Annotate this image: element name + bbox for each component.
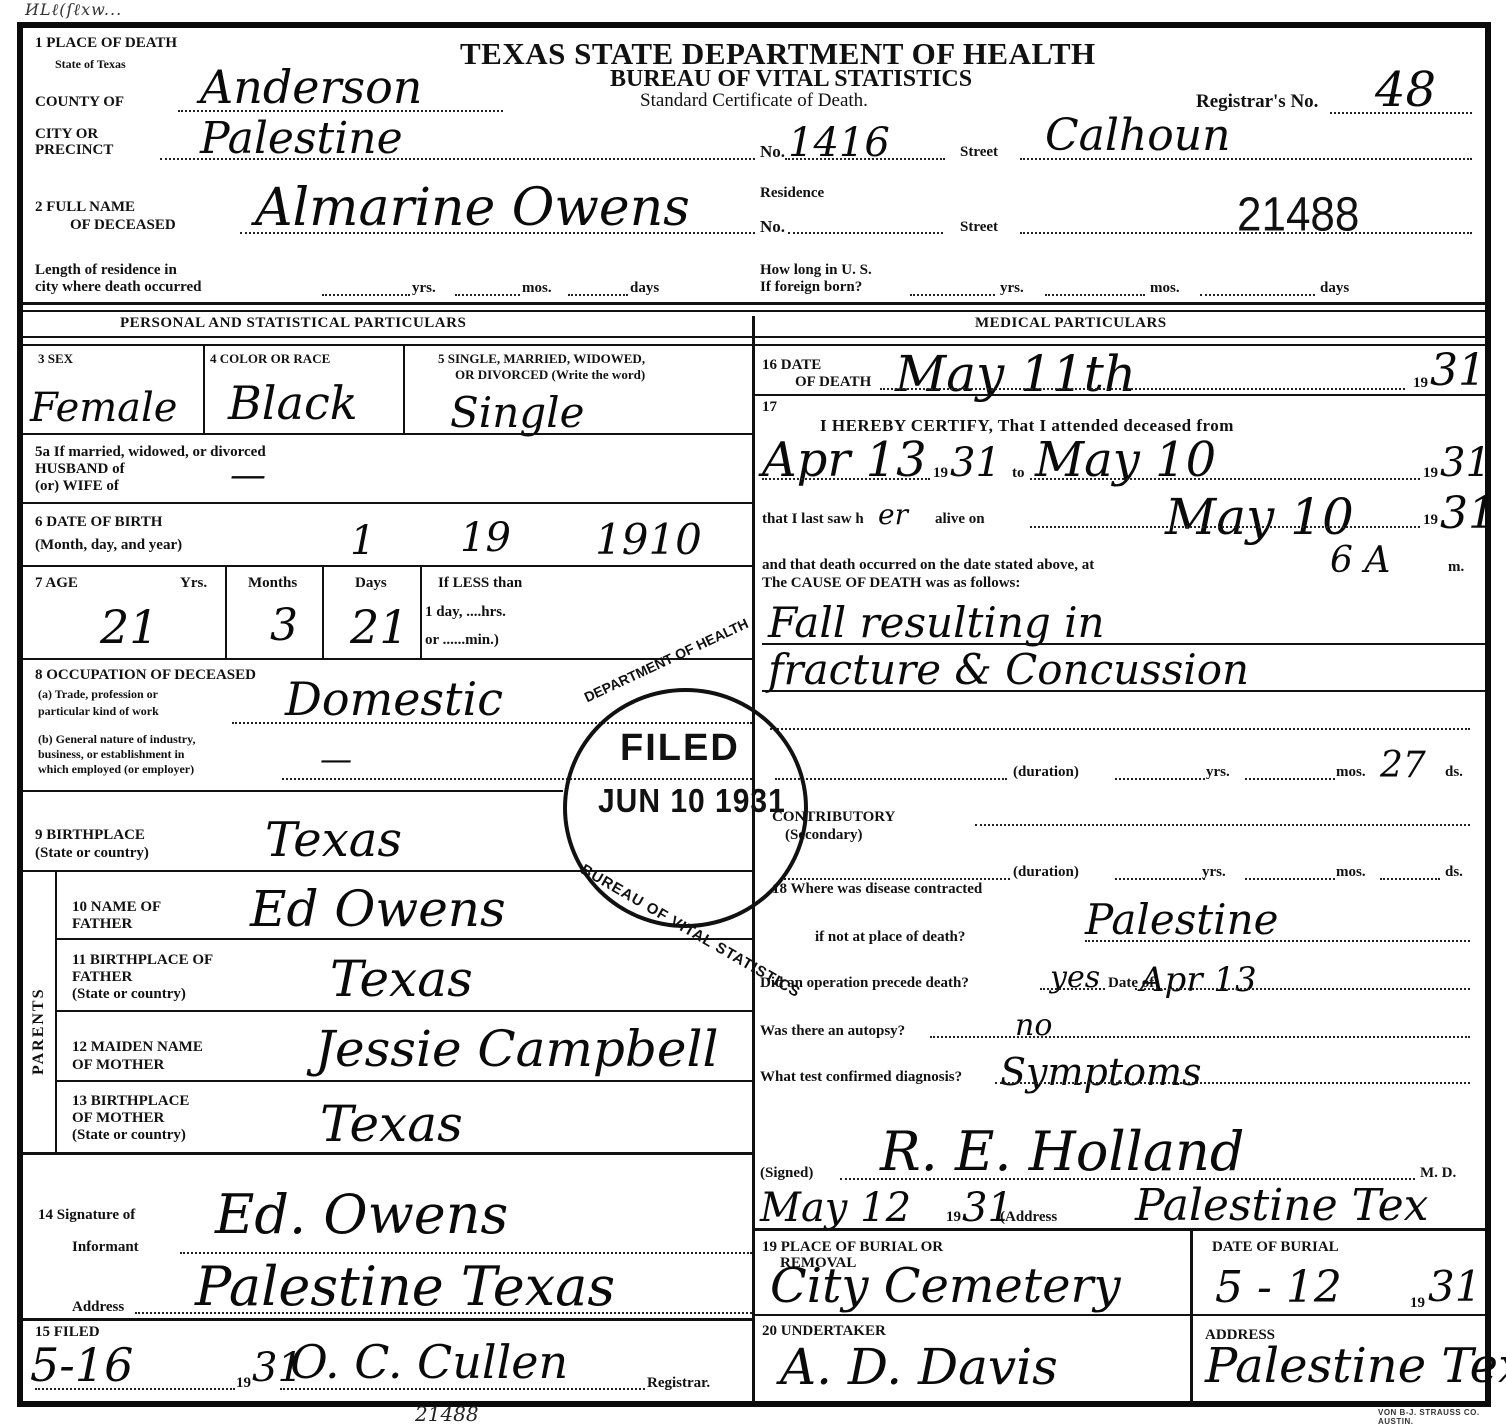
father-birthplace-label-3: (State or country) [72, 987, 186, 1002]
informant-address-value: Palestine Texas [195, 1255, 615, 1318]
alive-on-label: alive on [935, 512, 985, 527]
dod-year-prefix: 19 [1413, 376, 1428, 391]
contributory-ds-label: ds. [1445, 865, 1463, 880]
death-time-value: 6 A [1330, 540, 1390, 581]
autopsy-label: Was there an autopsy? [760, 1024, 905, 1039]
sex-value: Female [30, 385, 177, 431]
signed-date-value: May 12 [760, 1185, 911, 1231]
occupation-label: 8 OCCUPATION OF DECEASED [35, 668, 256, 683]
residence-street-label: Street [960, 220, 998, 235]
attended-to-year-prefix: 19 [1423, 466, 1438, 481]
informant-label-1: 14 Signature of [38, 1208, 135, 1223]
cause-line-2: fracture & Concussion [768, 645, 1249, 694]
place-of-death-label: 1 PLACE OF DEATH [35, 36, 177, 51]
us-label-1: How long in U. S. [760, 263, 872, 278]
undertaker-address-value: Palestine Tex [1205, 1338, 1506, 1394]
attended-to-year: 31 [1440, 440, 1491, 486]
full-name-label-1: 2 FULL NAME [35, 200, 135, 215]
full-name-label-2: OF DECEASED [70, 218, 176, 233]
us-label-2: If foreign born? [760, 280, 862, 295]
age-months-value: 3 [270, 600, 298, 651]
spouse-label-2: HUSBAND of [35, 462, 125, 477]
dob-label-1: 6 DATE OF BIRTH [35, 515, 162, 530]
street-value: Calhoun [1045, 110, 1230, 161]
duration-label: (duration) [1013, 765, 1079, 780]
length-residence-label-2: city where death occurred [35, 280, 202, 295]
contracted-label: 18 Where was disease contracted [772, 882, 982, 897]
parents-section-label: PARENTS [30, 988, 48, 1076]
dob-year: 1910 [595, 515, 702, 564]
mother-birthplace-label-2: OF MOTHER [72, 1111, 164, 1126]
age-days-label: Days [355, 576, 387, 591]
stamp-date: JUN 10 1931 [598, 783, 786, 820]
bottom-margin-scribble: 21488 [415, 1402, 479, 1424]
file-number: 21488 [1237, 191, 1359, 239]
dod-year-value: 31 [1430, 345, 1486, 396]
contributory-mos-label: mos. [1336, 865, 1366, 880]
md-label: M. D. [1420, 1166, 1456, 1181]
age-yrs-value: 21 [100, 600, 159, 654]
physician-signature: R. E. Holland [880, 1120, 1244, 1183]
mother-birthplace-value: Texas [320, 1095, 463, 1153]
attended-from-year-prefix: 19 [933, 466, 948, 481]
industry-value: — [320, 740, 352, 778]
less-than-label-1: If LESS than [438, 576, 522, 591]
dod-label-1: 16 DATE [762, 358, 821, 373]
age-days-value: 21 [350, 600, 409, 654]
last-saw-year-prefix: 19 [1423, 513, 1438, 528]
death-time-suffix: m. [1448, 560, 1464, 575]
age-yrs-label: Yrs. [180, 576, 207, 591]
registrar-signature: O. C. Cullen [290, 1335, 568, 1389]
filed-date-value: 5-16 [30, 1338, 133, 1392]
father-birthplace-value: Texas [330, 950, 473, 1008]
registrar-label: Registrar. [647, 1376, 710, 1391]
registrar-no-value: 48 [1375, 62, 1436, 118]
burial-year-prefix: 19 [1410, 1296, 1425, 1311]
operation-date-value: Apr 13 [1140, 960, 1257, 1000]
signed-label: (Signed) [760, 1166, 813, 1181]
dod-label-2: OF DEATH [795, 375, 871, 390]
last-saw-pronoun: er [878, 498, 908, 531]
test-value: Symptoms [1000, 1050, 1202, 1094]
occupation-a-label-2: particular kind of work [38, 705, 159, 717]
deceased-name-value: Almarine Owens [255, 178, 690, 238]
occupation-b-label-3: which employed (or employer) [38, 763, 194, 775]
top-margin-scribble: ИLℓ(ſℓxw... [25, 0, 122, 20]
residence-label: Residence [760, 186, 824, 201]
occupation-b-label-2: business, or establishment in [38, 748, 184, 760]
mother-birthplace-label-1: 13 BIRTHPLACE [72, 1094, 189, 1109]
race-label: 4 COLOR OR RACE [210, 352, 330, 365]
informant-label-2: Informant [72, 1240, 139, 1255]
occupation-a-label-1: (a) Trade, profession or [38, 688, 158, 700]
father-birthplace-label-2: FATHER [72, 970, 132, 985]
duration-mos-label: mos. [1336, 765, 1366, 780]
marital-label-2: OR DIVORCED (Write the word) [455, 368, 645, 381]
signed-year-prefix: 19 [946, 1210, 961, 1225]
last-saw-date: May 10 [1165, 488, 1354, 546]
mother-birthplace-label-3: (State or country) [72, 1128, 186, 1143]
street-label: Street [960, 145, 998, 160]
city-value: Palestine [200, 113, 403, 164]
marital-value: Single [450, 388, 584, 437]
birthplace-value: Texas [265, 812, 402, 868]
city-label-2: PRECINCT [35, 143, 113, 158]
medical-section-title: MEDICAL PARTICULARS [975, 316, 1167, 331]
birthplace-label-1: 9 BIRTHPLACE [35, 828, 145, 843]
duration-yrs-label: yrs. [1206, 765, 1230, 780]
not-at-place-label: if not at place of death? [815, 930, 965, 945]
registrar-no-label: Registrar's No. [1196, 92, 1318, 111]
sex-label: 3 SEX [38, 352, 73, 365]
marital-label-1: 5 SINGLE, MARRIED, WIDOWED, [438, 352, 645, 365]
state-label: State of Texas [55, 58, 126, 70]
age-label: 7 AGE [35, 576, 78, 591]
contributory-yrs-label: yrs. [1202, 865, 1226, 880]
us-mos-label: mos. [1150, 281, 1180, 296]
burial-year-value: 31 [1428, 1262, 1481, 1311]
physician-address-value: Palestine Tex [1135, 1180, 1428, 1231]
contracted-value: Palestine [1085, 895, 1278, 944]
contributory-duration-label: (duration) [1013, 865, 1079, 880]
burial-place-label-1: 19 PLACE OF BURIAL OR [762, 1240, 943, 1255]
mother-name-value: Jessie Campbell [315, 1020, 719, 1078]
spouse-value: — [230, 455, 266, 496]
county-label: COUNTY OF [35, 95, 124, 110]
duration-days-value: 27 [1380, 745, 1426, 786]
death-occurred-text: and that death occurred on the date stat… [762, 558, 1094, 573]
bureau-title: BUREAU OF VITAL STATISTICS [610, 66, 972, 93]
residence-no-label: No. [760, 218, 785, 235]
father-name-label-1: 10 NAME OF [72, 900, 161, 915]
undertaker-label: 20 UNDERTAKER [762, 1324, 886, 1339]
city-label-1: CITY OR [35, 127, 98, 142]
burial-place-value: City Cemetery [770, 1258, 1121, 1314]
spouse-label-3: (or) WIFE of [35, 479, 119, 494]
last-saw-year: 31 [1440, 488, 1496, 539]
father-name-label-2: FATHER [72, 917, 132, 932]
us-yrs-label: yrs. [1000, 281, 1024, 296]
certify-number: 17 [762, 400, 777, 415]
printer-mark: VON B-J. STRAUSS CO. AUSTIN. [1378, 1408, 1506, 1424]
mother-name-label-1: 12 MAIDEN NAME [72, 1040, 203, 1055]
to-label: to [1012, 466, 1025, 481]
undertaker-value: A. D. Davis [780, 1338, 1058, 1396]
last-saw-label: that I last saw h [762, 512, 864, 527]
occupation-b-label-1: (b) General nature of industry, [38, 733, 195, 745]
dob-day: 19 [460, 515, 511, 561]
personal-section-title: PERSONAL AND STATISTICAL PARTICULARS [120, 316, 466, 331]
county-value: Anderson [200, 60, 422, 114]
yrs-label: yrs. [412, 281, 436, 296]
mos-label: mos. [522, 281, 552, 296]
burial-date-value: 5 - 12 [1215, 1262, 1342, 1313]
birthplace-label-2: (State or country) [35, 846, 149, 861]
stamp-status: FILED [620, 727, 740, 770]
filed-year-prefix: 19 [236, 1376, 251, 1391]
dob-label-2: (Month, day, and year) [35, 538, 182, 553]
mother-name-label-2: OF MOTHER [72, 1058, 164, 1073]
duration-ds-label: ds. [1445, 765, 1463, 780]
occupation-value: Domestic [285, 672, 503, 726]
test-label: What test confirmed diagnosis? [760, 1070, 962, 1085]
less-than-label-2: 1 day, ....hrs. [425, 605, 506, 620]
length-residence-label-1: Length of residence in [35, 263, 177, 278]
father-birthplace-label-1: 11 BIRTHPLACE OF [72, 953, 213, 968]
race-value: Black [228, 376, 358, 430]
certificate-title: Standard Certificate of Death. [640, 90, 868, 112]
informant-name-value: Ed. Owens [215, 1183, 508, 1246]
dob-month: 1 [350, 518, 375, 564]
age-months-label: Months [248, 576, 297, 591]
street-no-label: No. [760, 143, 785, 160]
cause-line-1: Fall resulting in [768, 598, 1105, 647]
physician-address-label: (Address [1000, 1210, 1057, 1225]
days-label: days [630, 281, 659, 296]
less-than-label-3: or ......min.) [425, 633, 499, 648]
informant-address-label: Address [72, 1300, 124, 1315]
attended-from-year: 31 [950, 440, 1001, 486]
us-days-label: days [1320, 281, 1349, 296]
father-name-value: Ed Owens [250, 880, 506, 938]
cause-of-death-label: The CAUSE OF DEATH was as follows: [762, 576, 1020, 591]
burial-date-label: DATE OF BURIAL [1212, 1240, 1339, 1255]
